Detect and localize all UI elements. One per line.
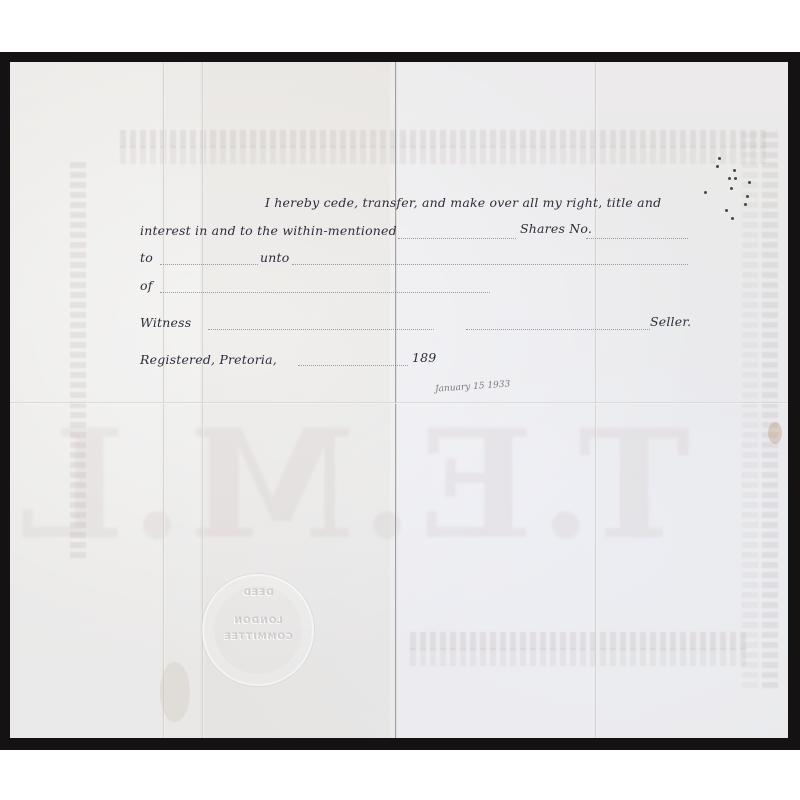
fold-line	[595, 62, 597, 738]
form-label-unto: unto	[260, 250, 289, 265]
bleed-through-title: T.E.M.L.	[130, 397, 690, 573]
blank-transferor[interactable]	[160, 264, 258, 265]
form-line-cede: I hereby cede, transfer, and make over a…	[265, 195, 661, 210]
seal-line-1: LONDON	[204, 616, 312, 626]
seal-rim-text: DEED	[204, 588, 312, 598]
certificate-paper: T.E.M.L. DEED LONDON COMMITTEE I hereby …	[10, 62, 788, 738]
fold-line-horizontal	[10, 402, 788, 404]
blank-witness-signature[interactable]	[208, 329, 434, 330]
form-label-registered: Registered, Pretoria,	[140, 352, 277, 367]
fold-line	[163, 62, 165, 738]
form-label-shares-no: Shares No.	[520, 221, 592, 236]
blank-registration-date[interactable]	[298, 365, 408, 366]
blank-address[interactable]	[160, 292, 490, 293]
form-label-witness: Witness	[140, 315, 191, 330]
embossed-seal: DEED LONDON COMMITTEE	[202, 574, 314, 686]
fold-line-center	[395, 62, 397, 738]
ornament-border-top-2	[120, 146, 768, 164]
blank-share-numbers[interactable]	[586, 238, 688, 239]
form-label-of: of	[140, 278, 153, 293]
form-label-year: 189	[412, 350, 436, 365]
blank-share-count[interactable]	[398, 238, 516, 239]
pin-holes	[700, 155, 770, 225]
seal-line-2: COMMITTEE	[204, 632, 312, 642]
ornament-border-bottom-2	[410, 648, 748, 666]
blank-transferee[interactable]	[292, 264, 688, 265]
form-line-interest: interest in and to the within-mentioned	[140, 223, 397, 238]
blank-seller-signature[interactable]	[466, 329, 650, 330]
form-label-seller: Seller.	[650, 314, 691, 329]
stain	[768, 422, 782, 444]
form-label-to: to	[140, 250, 153, 265]
stain	[160, 662, 190, 722]
